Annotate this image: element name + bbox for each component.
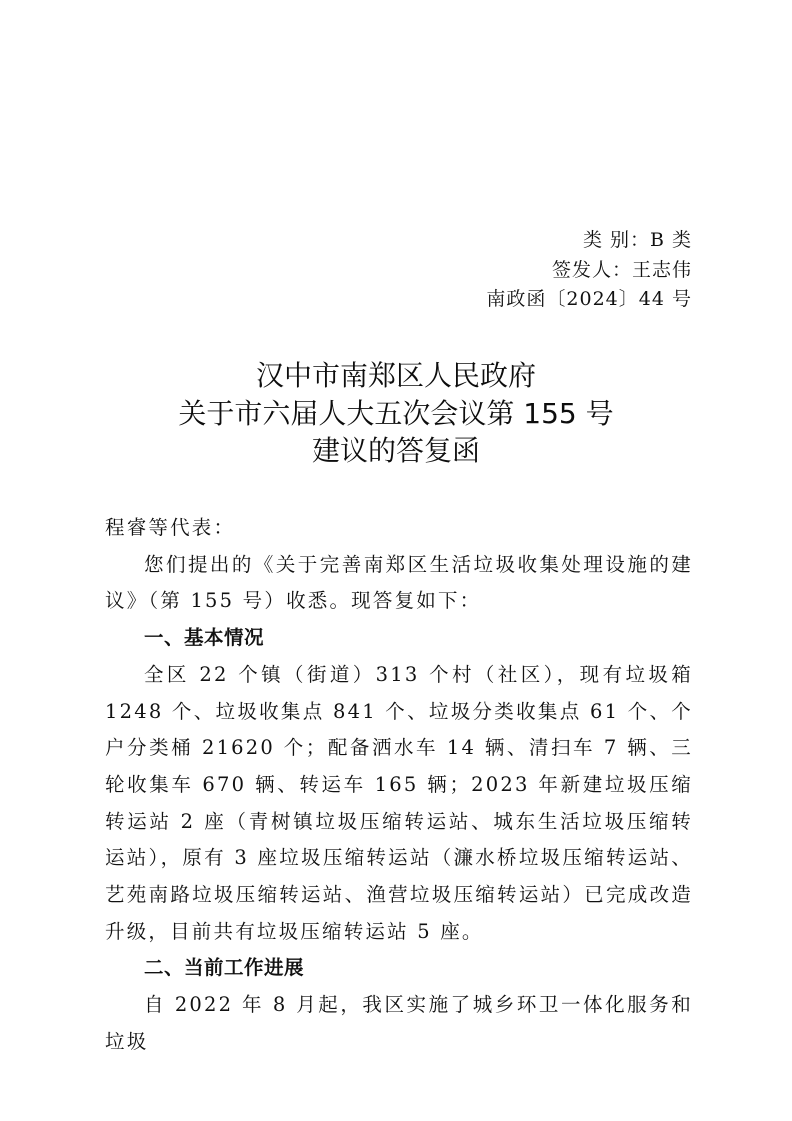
document-number: 南政函〔2024〕44 号 bbox=[486, 285, 692, 315]
document-body: 程睿等代表： 您们提出的《关于完善南郑区生活垃圾收集处理设施的建议》（第 155… bbox=[105, 510, 693, 1061]
section-paragraph-basic-situation: 全区 22 个镇（街道）313 个村（社区），现有垃圾箱 1248 个、垃圾收集… bbox=[105, 657, 693, 951]
title-line-3: 建议的答复函 bbox=[0, 432, 792, 470]
category-label: 类 别：B 类 bbox=[486, 226, 692, 256]
salutation: 程睿等代表： bbox=[105, 510, 693, 547]
document-meta: 类 别：B 类 签发人：王志伟 南政函〔2024〕44 号 bbox=[486, 226, 692, 315]
section-heading-current-progress: 二、当前工作进展 bbox=[105, 950, 693, 987]
intro-paragraph: 您们提出的《关于完善南郑区生活垃圾收集处理设施的建议》（第 155 号）收悉。现… bbox=[105, 547, 693, 620]
section-heading-basic-situation: 一、基本情况 bbox=[105, 620, 693, 657]
title-line-2: 关于市六届人大五次会议第 155 号 bbox=[0, 395, 792, 433]
section-paragraph-current-progress: 自 2022 年 8 月起，我区实施了城乡环卫一体化服务和垃圾 bbox=[105, 987, 693, 1060]
signer-label: 签发人：王志伟 bbox=[486, 256, 692, 286]
title-line-1: 汉中市南郑区人民政府 bbox=[0, 357, 792, 395]
document-title: 汉中市南郑区人民政府 关于市六届人大五次会议第 155 号 建议的答复函 bbox=[0, 357, 792, 470]
